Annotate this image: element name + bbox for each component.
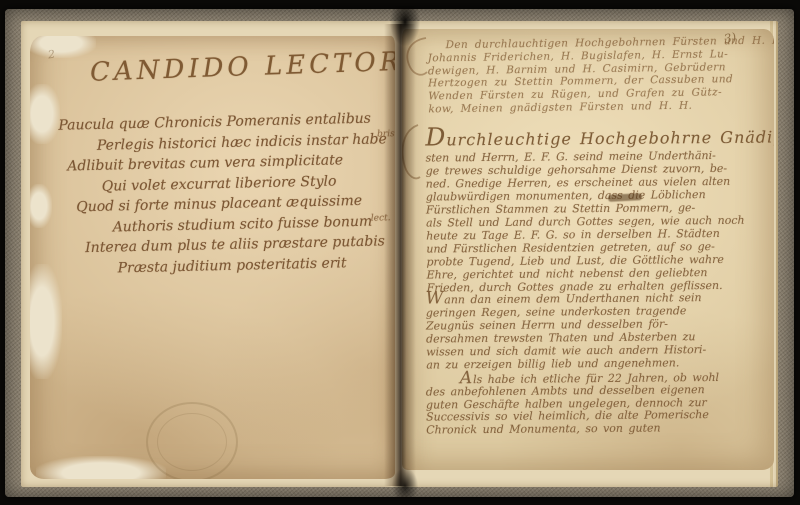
- left-page: 2 CANDIDO LECTORI Paucula quæ Chronicis …: [30, 36, 395, 479]
- folio-number-left: 2: [47, 48, 56, 62]
- paragraph-1: Durchleuchtige Hochgebohrne Gnädige Für-…: [425, 123, 772, 294]
- paragraph-3: Als habe ich etliche für 22 Jahren, ob w…: [426, 369, 773, 436]
- calligraphic-flourish-icon: [402, 121, 422, 185]
- marginal-note: lect.: [371, 208, 391, 229]
- page-title: CANDIDO LECTORI: [90, 46, 395, 87]
- right-page: 3) Den durchlauchtigen Hochgebohrnen Für…: [402, 29, 774, 470]
- paragraph-line: Chronick und Monumenta, so von guten: [426, 421, 772, 436]
- library-stamp: [146, 402, 238, 479]
- paragraph-2: Wann dan einem dem Underthanen nicht sei…: [426, 289, 773, 371]
- calligraphic-flourish-icon: [402, 35, 430, 81]
- latin-poem: Paucula quæ Chronicis Pomeranis entalibu…: [50, 108, 395, 280]
- dedication-block: Den durchlauchtigen Hochgebohrnen Fürste…: [427, 35, 768, 117]
- paragraph-line: Durchleuchtige Hochgebohrne Gnädige Für-: [425, 123, 771, 151]
- marginal-note: bris: [377, 124, 395, 145]
- manuscript-photograph: 2 CANDIDO LECTORI Paucula quæ Chronicis …: [0, 0, 800, 505]
